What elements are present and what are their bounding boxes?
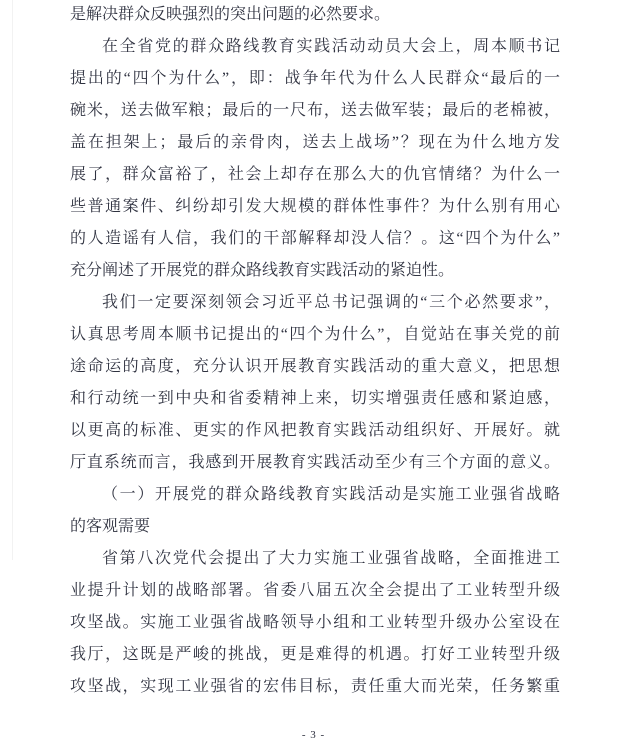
text-line: 展了，群众富裕了，社会上却存在那么大的仇官情绪？为什么一 <box>70 159 560 191</box>
text-line: 途命运的高度，充分认识开展教育实践活动的重大意义，把思想 <box>70 351 560 383</box>
text-line: 碗米，送去做军粮；最后的一尺布，送去做军装；最后的老棉被， <box>70 95 560 127</box>
text-line: 盖在担架上；最后的亲骨肉，送去上战场”？现在为什么地方发 <box>70 127 560 159</box>
text-line: 在全省党的群众路线教育实践活动动员大会上，周本顺书记 <box>70 31 560 63</box>
text-line: 认真思考周本顺书记提出的“四个为什么”，自觉站在事关党的前 <box>70 319 560 351</box>
body-text: 是解决群众反映强烈的突出问题的必然要求。 在全省党的群众路线教育实践活动动员大会… <box>70 0 560 703</box>
document-page: 是解决群众反映强烈的突出问题的必然要求。 在全省党的群众路线教育实践活动动员大会… <box>0 0 627 749</box>
text-line: 以更高的标准、更实的作风把教育实践活动组织好、开展好。就 <box>70 415 560 447</box>
section-heading-line: 的客观需要 <box>70 511 560 543</box>
text-line: 充分阐述了开展党的群众路线教育实践活动的紧迫性。 <box>70 255 560 287</box>
text-line: 的人造谣有人信，我们的干部解释却没人信？。这“四个为什么” <box>70 223 560 255</box>
page-number: - 3 - <box>0 729 627 741</box>
text-line: 提出的“四个为什么”，即：战争年代为什么人民群众“最后的一 <box>70 63 560 95</box>
section-heading-line: （一）开展党的群众路线教育实践活动是实施工业强省战略 <box>70 479 560 511</box>
text-line: 厅直系统而言，我感到开展教育实践活动至少有三个方面的意义。 <box>70 447 560 479</box>
text-line: 攻坚战。实施工业强省战略领导小组和工业转型升级办公室设在 <box>70 607 560 639</box>
text-line: 和行动统一到中央和省委精神上来，切实增强责任感和紧迫感， <box>70 383 560 415</box>
text-line: 些普通案件、纠纷却引发大规模的群体性事件？为什么别有用心 <box>70 191 560 223</box>
text-line: 业提升计划的战略部署。省委八届五次全会提出了工业转型升级 <box>70 575 560 607</box>
text-line: 我厅，这既是严峻的挑战，更是难得的机遇。打好工业转型升级 <box>70 639 560 671</box>
text-line: 省第八次党代会提出了大力实施工业强省战略，全面推进工 <box>70 543 560 575</box>
scan-edge-artifact <box>12 0 13 560</box>
text-line: 我们一定要深刻领会习近平总书记强调的“三个必然要求”， <box>70 287 560 319</box>
text-line: 是解决群众反映强烈的突出问题的必然要求。 <box>70 0 560 31</box>
text-line: 攻坚战，实现工业强省的宏伟目标，责任重大而光荣，任务繁重 <box>70 671 560 703</box>
